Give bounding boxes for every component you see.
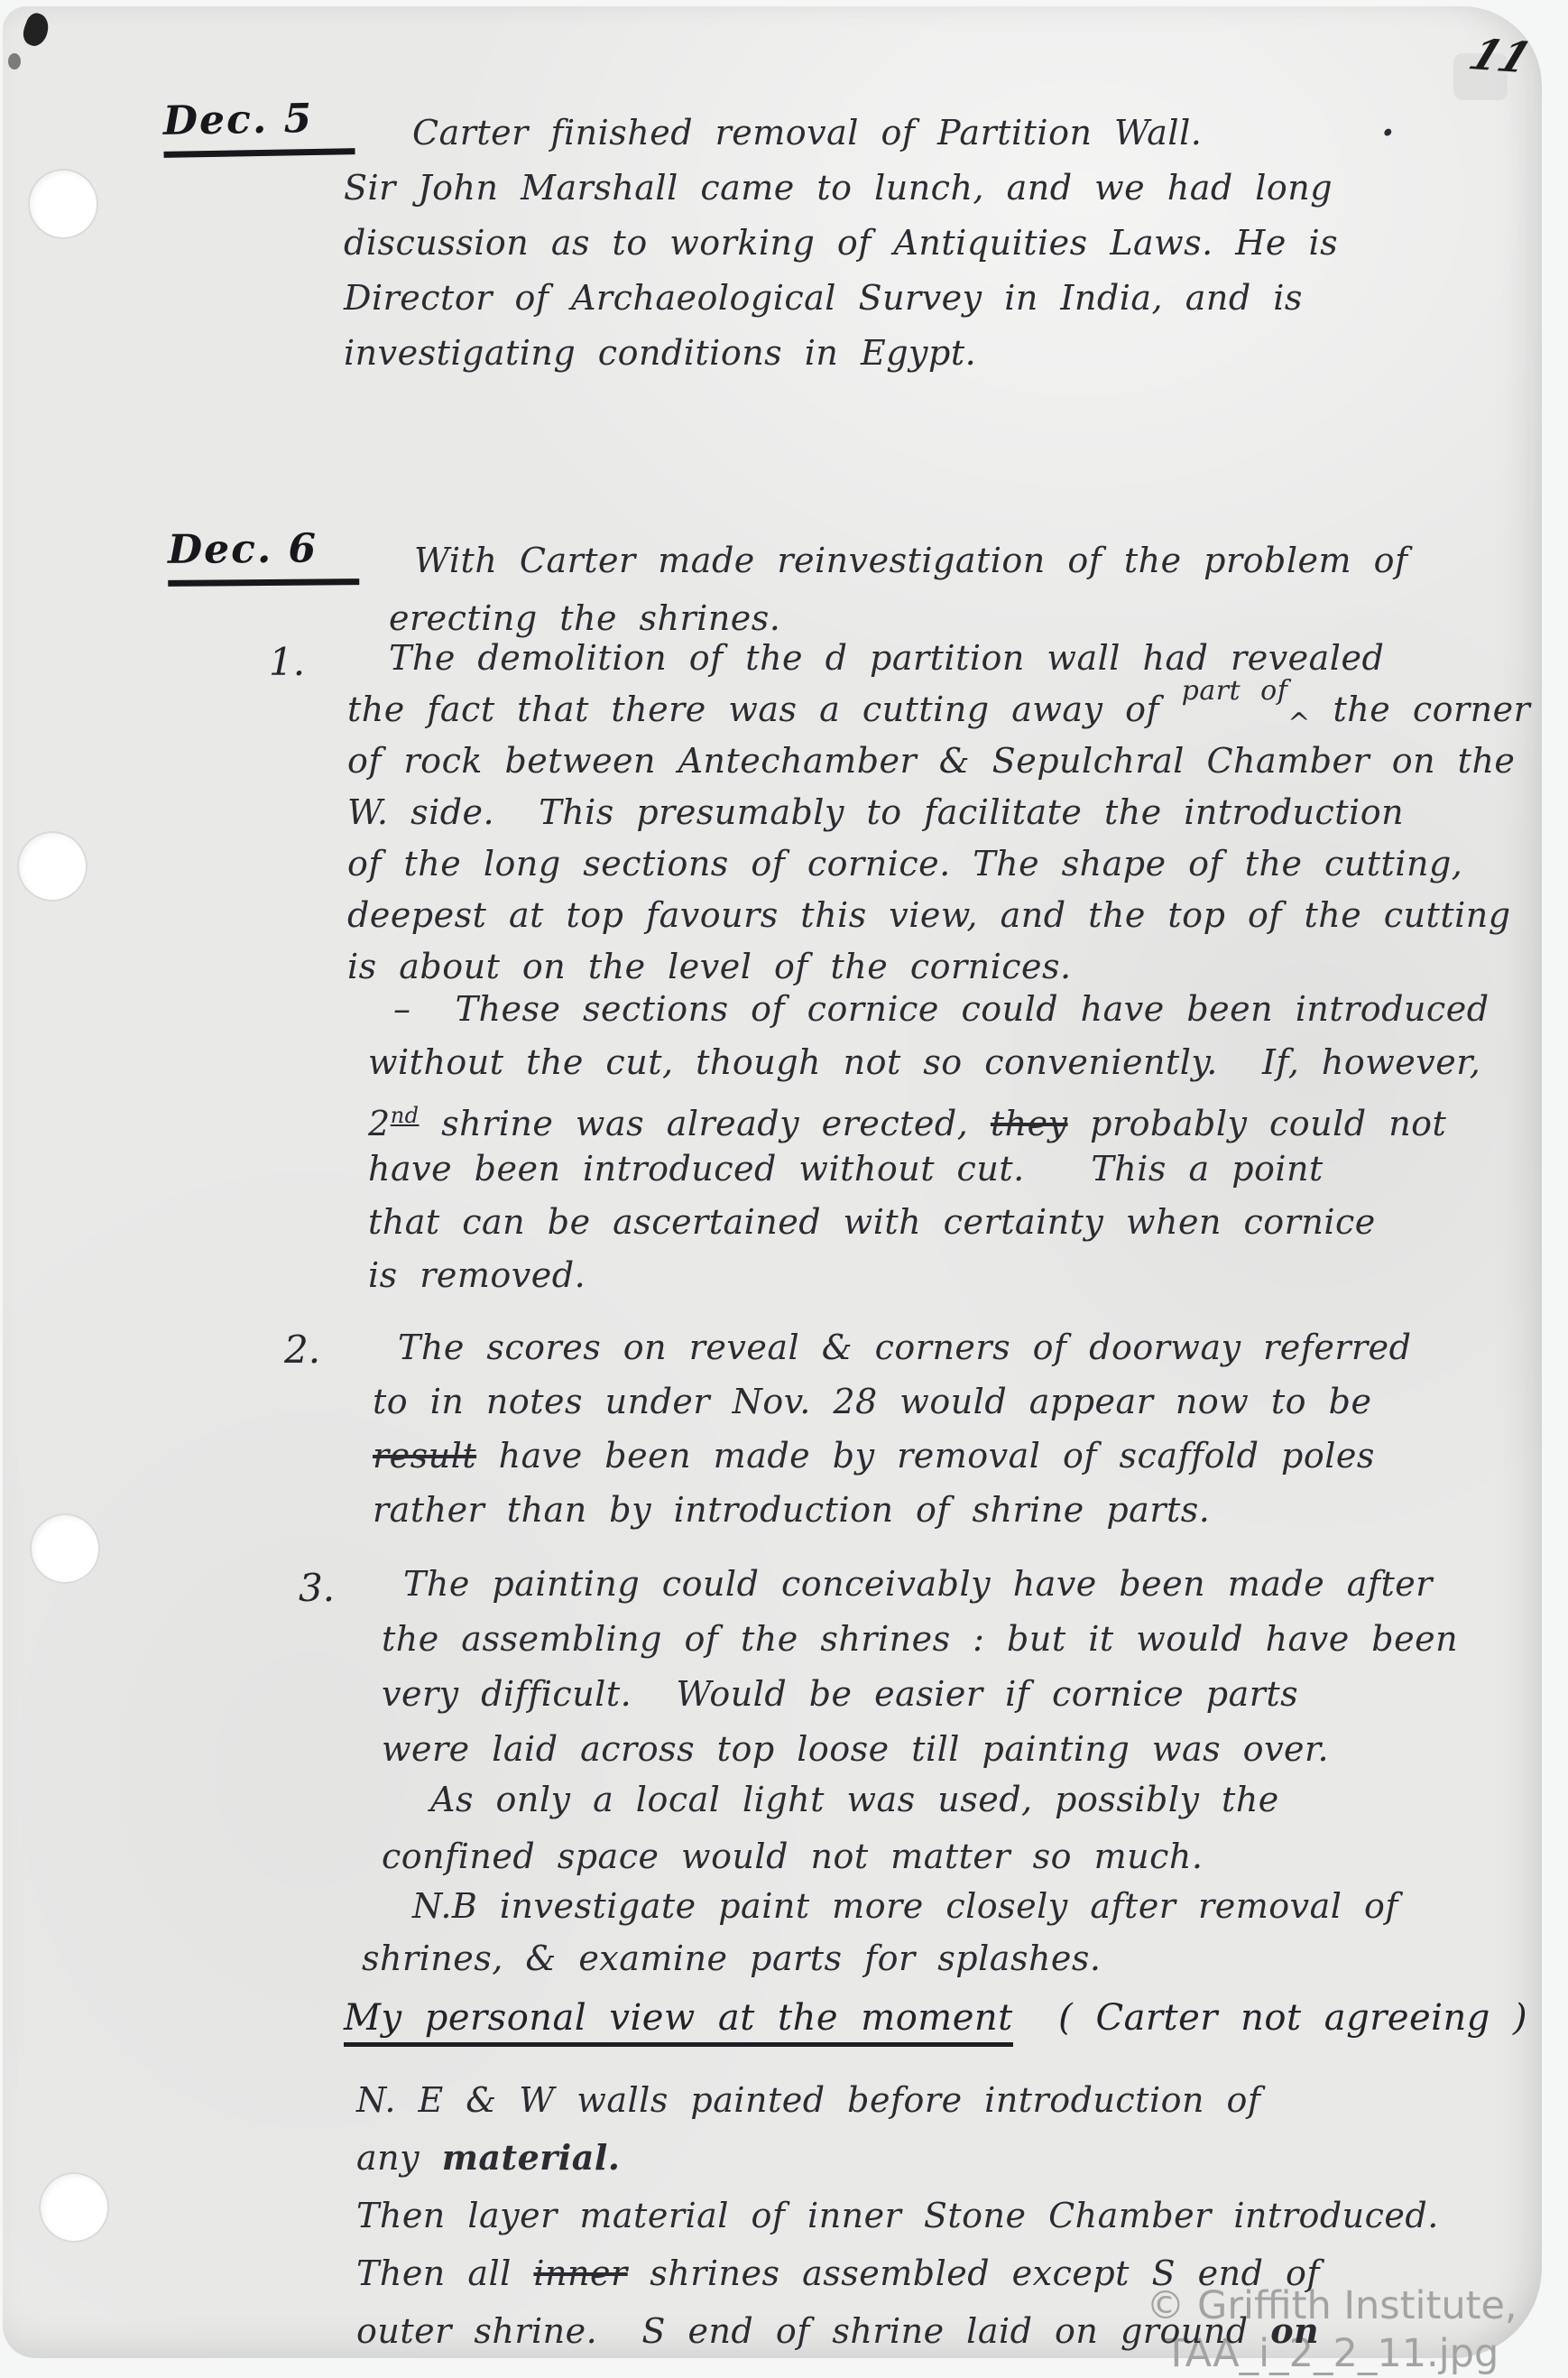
manuscript-text: – These sections of cornice could have b… (393, 989, 1490, 1029)
manuscript-line: outer shrine. S end of shrine laid on gr… (356, 2302, 1439, 2360)
manuscript-line: shrines, & examine parts for splashes. (362, 1932, 1398, 1985)
manuscript-line: investigating conditions in Egypt. (344, 326, 1338, 381)
manuscript-line: Carter finished removal of Partition Wal… (344, 106, 1338, 161)
manuscript-text: Carter finished removal of Partition Wal… (412, 113, 1202, 153)
manuscript-line: The scores on reveal & corners of doorwa… (373, 1320, 1412, 1374)
manuscript-line: Then all inner shrines assembled except … (356, 2244, 1439, 2302)
manuscript-line: without the cut, though not so convenien… (368, 1036, 1490, 1089)
manuscript-line: W. side. This presumably to facilitate t… (347, 787, 1530, 838)
manuscript-text: 2 (368, 1104, 391, 1143)
manuscript-line: confined space would not matter so much. (382, 1828, 1279, 1885)
item-number-1: 1. (269, 640, 305, 684)
manuscript-line: N. E & W walls painted before introducti… (356, 2071, 1439, 2129)
manuscript-line: the assembling of the shrines : but it w… (382, 1612, 1458, 1667)
personal-view-heading-row: My personal view at the moment ( Carter … (344, 1997, 1527, 2039)
personal-view-note: ( Carter not agreeing ) (1013, 1997, 1527, 2039)
manuscript-text: the corner (1311, 689, 1530, 729)
entry-dec5-text: Carter finished removal of Partition Wal… (344, 106, 1338, 381)
manuscript-text: very difficult. Would be easier if corni… (382, 1674, 1298, 1714)
manuscript-line: deepest at top favours this view, and th… (347, 890, 1530, 941)
manuscript-text: Director of Archaeological Survey in Ind… (344, 278, 1303, 318)
manuscript-line: N.B investigate paint more closely after… (362, 1880, 1398, 1932)
manuscript-text: have been made by removal of scaffold po… (476, 1436, 1375, 1476)
manuscript-line: were laid across top loose till painting… (382, 1722, 1458, 1777)
manuscript-text: The painting could conceivably have been… (403, 1564, 1433, 1604)
manuscript-text: shrine was already erected, (420, 1104, 991, 1143)
manuscript-text: were laid across top loose till painting… (382, 1729, 1329, 1769)
ink-smudge (20, 11, 53, 50)
manuscript-text: the fact that there was a cutting away o… (347, 689, 1182, 729)
manuscript-text: material. (442, 2137, 621, 2178)
punch-hole (39, 2172, 109, 2243)
manuscript-line: of the long sections of cornice. The sha… (347, 838, 1530, 890)
manuscript-line: With Carter made reinvestigation of the … (389, 532, 1408, 589)
manuscript-text: is about on the level of the cornices. (347, 947, 1072, 986)
manuscript-text: confined space would not matter so much. (382, 1837, 1203, 1876)
manuscript-text: on (1270, 2310, 1319, 2351)
item-1-paragraph-1: The demolition of the d partition wall h… (347, 633, 1530, 993)
manuscript-line: – These sections of cornice could have b… (368, 983, 1490, 1036)
manuscript-line: the fact that there was a cutting away o… (347, 684, 1530, 736)
manuscript-text: of rock between Antechamber & Sepulchral… (347, 741, 1515, 781)
manuscript-text: N.B investigate paint more closely after… (412, 1886, 1398, 1926)
item-number-3: 3. (299, 1566, 335, 1610)
manuscript-text: As only a local light was used, possibly… (430, 1780, 1279, 1819)
manuscript-text: without the cut, though not so convenien… (368, 1042, 1480, 1082)
entry-date-dec6: Dec. 6 (168, 525, 360, 587)
manuscript-text: Sir John Marshall came to lunch, and we … (344, 168, 1333, 208)
manuscript-text: nd (391, 1103, 420, 1128)
item-1-paragraph-2: – These sections of cornice could have b… (368, 983, 1490, 1302)
manuscript-text: shrines, & examine parts for splashes. (362, 1938, 1101, 1978)
page-number: 11 (1462, 30, 1538, 82)
item-3-paragraph-1: The painting could conceivably have been… (382, 1557, 1458, 1777)
item-number-2: 2. (284, 1328, 320, 1372)
personal-view-text: N. E & W walls painted before introducti… (356, 2071, 1439, 2360)
struck-word: inner (533, 2253, 627, 2293)
manuscript-line: very difficult. Would be easier if corni… (382, 1667, 1458, 1722)
struck-word: result (373, 1436, 476, 1476)
manuscript-text: have been introduced without cut. This a… (368, 1149, 1324, 1189)
manuscript-line: have been introduced without cut. This a… (368, 1143, 1490, 1196)
manuscript-line: any material. (356, 2129, 1439, 2187)
manuscript-text: With Carter made reinvestigation of the … (414, 541, 1408, 580)
manuscript-text: ^ (1287, 698, 1311, 749)
manuscript-text: probably could not (1068, 1104, 1447, 1143)
manuscript-page: 11 Dec. 5 Carter finished removal of Par… (3, 6, 1542, 2358)
manuscript-line: 2nd shrine was already erected, they pro… (368, 1089, 1490, 1143)
item-2-paragraph-1: The scores on reveal & corners of doorwa… (373, 1320, 1412, 1537)
manuscript-line: result have been made by removal of scaf… (373, 1429, 1412, 1483)
manuscript-line: As only a local light was used, possibly… (382, 1772, 1279, 1828)
personal-view-heading: My personal view at the moment (344, 1997, 1013, 2047)
manuscript-text: discussion as to working of Antiquities … (344, 223, 1338, 263)
manuscript-text: of the long sections of cornice. The sha… (347, 844, 1462, 884)
entry-date-dec5: Dec. 5 (162, 95, 355, 158)
manuscript-text: The scores on reveal & corners of doorwa… (398, 1328, 1412, 1367)
manuscript-text: deepest at top favours this view, and th… (347, 895, 1511, 935)
punch-hole (28, 169, 98, 239)
document-scan: { "page_number": "11", "marks": { "stray… (0, 0, 1568, 2378)
manuscript-text: rather than by introduction of shrine pa… (373, 1490, 1210, 1530)
manuscript-text: the assembling of the shrines : but it w… (382, 1619, 1458, 1659)
entry-dec6-intro: With Carter made reinvestigation of the … (389, 532, 1408, 647)
manuscript-line: discussion as to working of Antiquities … (344, 216, 1338, 271)
manuscript-line: rather than by introduction of shrine pa… (373, 1483, 1412, 1537)
manuscript-text: investigating conditions in Egypt. (344, 333, 976, 373)
manuscript-line: is removed. (368, 1249, 1490, 1302)
manuscript-text: Then layer material of inner Stone Chamb… (356, 2196, 1439, 2235)
manuscript-line: of rock between Antechamber & Sepulchral… (347, 736, 1530, 787)
manuscript-text: N. E & W walls painted before introducti… (356, 2080, 1260, 2120)
ink-smudge (8, 53, 21, 69)
manuscript-text: Then all (356, 2253, 533, 2293)
manuscript-line: The demolition of the d partition wall h… (347, 633, 1530, 684)
manuscript-line: to in notes under Nov. 28 would appear n… (373, 1374, 1412, 1429)
inserted-word: part of (1182, 665, 1288, 717)
manuscript-text: is removed. (368, 1255, 586, 1295)
struck-word: they (991, 1104, 1068, 1143)
manuscript-text: to in notes under Nov. 28 would appear n… (373, 1382, 1371, 1421)
stray-ink-dot: . (1381, 100, 1395, 144)
punch-hole (30, 1513, 100, 1584)
manuscript-line: that can be ascertained with certainty w… (368, 1196, 1490, 1249)
manuscript-line: Sir John Marshall came to lunch, and we … (344, 161, 1338, 216)
manuscript-text: any (356, 2138, 442, 2178)
manuscript-line: Director of Archaeological Survey in Ind… (344, 271, 1338, 326)
item-3-paragraph-2: As only a local light was used, possibly… (382, 1772, 1279, 1885)
manuscript-text: that can be ascertained with certainty w… (368, 1202, 1376, 1242)
manuscript-text: W. side. This presumably to facilitate t… (347, 792, 1404, 832)
item-3-nb-note: N.B investigate paint more closely after… (362, 1880, 1398, 1985)
manuscript-text: outer shrine. S end of shrine laid on gr… (356, 2311, 1270, 2351)
manuscript-line: The painting could conceivably have been… (382, 1557, 1458, 1612)
punch-hole (17, 831, 88, 902)
manuscript-line: Then layer material of inner Stone Chamb… (356, 2187, 1439, 2244)
manuscript-text: shrines assembled except S end of (628, 2253, 1320, 2293)
